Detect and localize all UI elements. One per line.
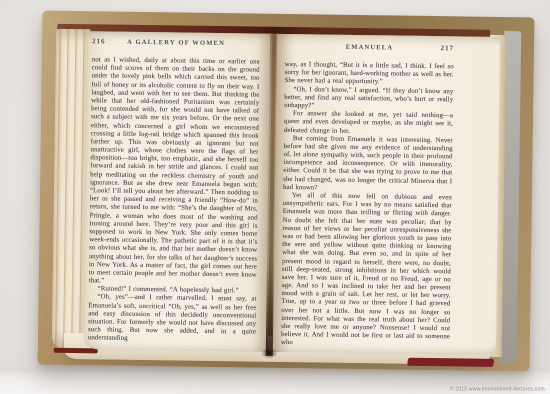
paragraph: For answer she looked at me, yet said no… bbox=[284, 110, 453, 137]
paragraph: “Oh, I don’t know,” I argued. “If they d… bbox=[284, 86, 453, 113]
left-page: 216 A GALLERY OF WOMEN not as I wished, … bbox=[84, 31, 272, 352]
paragraph: Yet all of this now fell on dubious and … bbox=[281, 192, 452, 350]
right-page-header: EMANUELA 217 bbox=[285, 42, 454, 52]
left-page-header: 216 A GALLERY OF WOMEN bbox=[92, 37, 260, 47]
left-running-header: A GALLERY OF WOMEN bbox=[127, 39, 225, 47]
open-book: 216 A GALLERY OF WOMEN not as I wished, … bbox=[38, 11, 535, 372]
paragraph: “Oh, yes”—and I rather marvelled, I must… bbox=[88, 294, 257, 345]
watermark-text: © 2015 www.environment-textures.com bbox=[450, 387, 545, 392]
cover-bottom-red-strip-right bbox=[407, 358, 494, 367]
paragraph: not as I wished, daily at about this tim… bbox=[89, 56, 260, 288]
right-page-text: way, as I thought, “But it is a little s… bbox=[281, 61, 454, 350]
paragraph: But coming from Emanuela it was interest… bbox=[283, 135, 453, 195]
right-page: EMANUELA 217 way, as I thought, “But it … bbox=[272, 34, 500, 355]
right-running-header: EMANUELA bbox=[346, 44, 394, 52]
right-page-number: 217 bbox=[440, 44, 454, 52]
paragraph: way, as I thought, “But it is a little s… bbox=[284, 61, 453, 88]
photo-background: 216 A GALLERY OF WOMEN not as I wished, … bbox=[0, 0, 550, 394]
left-page-number: 216 bbox=[92, 37, 106, 45]
left-page-text: not as I wished, daily at about this tim… bbox=[88, 56, 260, 345]
